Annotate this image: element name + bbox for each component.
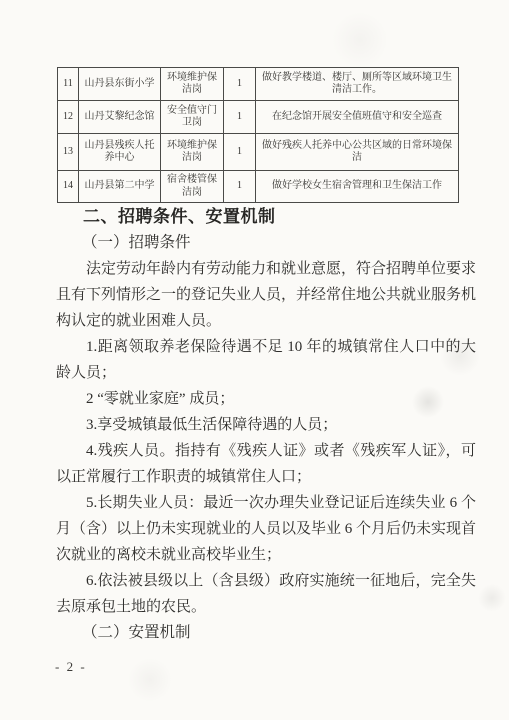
cell-unit-name: 山丹县残疾人托养中心 [79,134,161,171]
body-paragraph: 3.享受城镇最低生活保障待遇的人员； [56,412,476,438]
cell-duty-description: 在纪念馆开展安全值班值守和安全巡查 [256,101,459,134]
cell-headcount: 1 [224,101,256,134]
cell-unit-name: 山丹艾黎纪念馆 [79,101,161,134]
cell-post-name: 宿舍楼管保洁岗 [161,171,224,203]
page-number: - 2 - [55,659,87,675]
body-paragraph: 法定劳动年龄内有劳动能力和就业意愿，符合招聘单位要求且有下列情形之一的登记失业人… [56,256,476,334]
cell-row-number: 12 [58,101,79,134]
cell-headcount: 1 [224,134,256,171]
recruitment-post-table: 11 山丹县东街小学 环境维护保洁岗 1 做好教学楼道、楼厅、厕所等区域环境卫生… [57,67,459,203]
body-paragraph: 5.长期失业人员：最近一次办理失业登记证后连续失业 6 个月（含）以上仍未实现就… [56,490,476,568]
cell-duty-description: 做好残疾人托养中心公共区域的日常环境保洁 [256,134,459,171]
cell-row-number: 13 [58,134,79,171]
cell-duty-description: 做好教学楼道、楼厅、厕所等区域环境卫生清洁工作。 [256,68,459,101]
cell-headcount: 1 [224,171,256,203]
cell-duty-description: 做好学校女生宿舍管理和卫生保洁工作 [256,171,459,203]
document-body: 二、招聘条件、安置机制 （一）招聘条件 法定劳动年龄内有劳动能力和就业意愿，符合… [56,204,476,646]
cell-post-name: 环境维护保洁岗 [161,134,224,171]
cell-row-number: 11 [58,68,79,101]
body-paragraph: 1.距离领取养老保险待遇不足 10 年的城镇常住人口中的大龄人员； [56,334,476,386]
section-heading: 二、招聘条件、安置机制 [56,204,476,230]
table-row: 13 山丹县残疾人托养中心 环境维护保洁岗 1 做好残疾人托养中心公共区域的日常… [58,134,459,171]
table-row: 11 山丹县东街小学 环境维护保洁岗 1 做好教学楼道、楼厅、厕所等区域环境卫生… [58,68,459,101]
subsection-heading-a: （一）招聘条件 [56,230,476,256]
cell-unit-name: 山丹县第二中学 [79,171,161,203]
body-paragraph: 4.残疾人员。指持有《残疾人证》或者《残疾军人证》，可以正常履行工作职责的城镇常… [56,438,476,490]
cell-headcount: 1 [224,68,256,101]
scanned-document-page: 11 山丹县东街小学 环境维护保洁岗 1 做好教学楼道、楼厅、厕所等区域环境卫生… [0,0,509,720]
cell-unit-name: 山丹县东街小学 [79,68,161,101]
cell-post-name: 安全值守门卫岗 [161,101,224,134]
subsection-heading-b: （二）安置机制 [56,620,476,646]
table-row: 12 山丹艾黎纪念馆 安全值守门卫岗 1 在纪念馆开展安全值班值守和安全巡查 [58,101,459,134]
cell-row-number: 14 [58,171,79,203]
body-paragraph: 6.依法被县级以上（含县级）政府实施统一征地后，完全失去原承包土地的农民。 [56,568,476,620]
table-row: 14 山丹县第二中学 宿舍楼管保洁岗 1 做好学校女生宿舍管理和卫生保洁工作 [58,171,459,203]
body-paragraph: 2 “零就业家庭” 成员； [56,386,476,412]
cell-post-name: 环境维护保洁岗 [161,68,224,101]
